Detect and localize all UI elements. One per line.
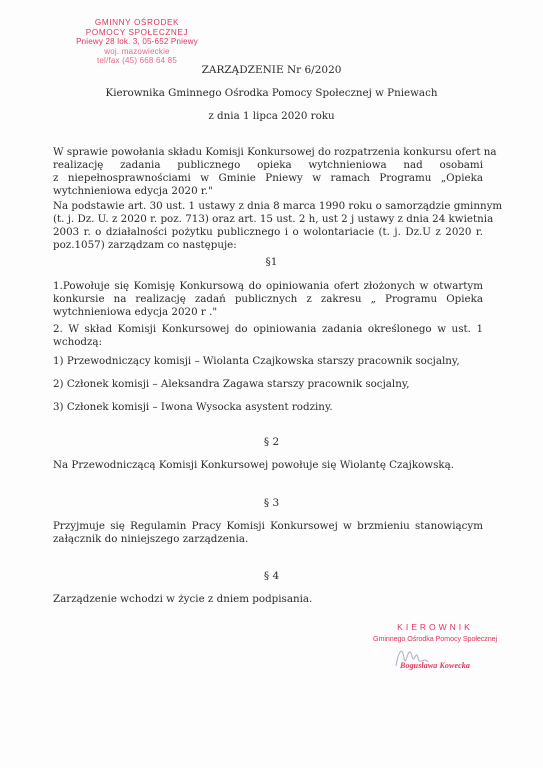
stamp-line: Pniewy 28 lok. 3, 05-652 Pniewy [62,37,212,47]
committee-member: 3) Członek komisji – Iwona Wysocka asyst… [53,401,333,413]
text-line: konkursie na realizację zadań publicznyc… [53,293,483,306]
text-line: (t. j. Dz. U. z 2020 r. poz. 713) oraz a… [53,213,483,226]
text-line: wytchnieniowa edycja 2020 r." [53,185,483,198]
legal-basis-paragraph: Na podstawie art. 30 ust. 1 ustawy z dni… [53,200,483,252]
section-heading-1: §1 [0,256,543,268]
text-line: 2. W skład Komisji Konkursowej do opinio… [53,323,483,336]
subject-paragraph: W sprawie powołania składu Komisji Konku… [53,146,483,198]
stamp-line: woj. mazowieckie [62,47,212,57]
text-line: 1.Powołuje się Komisję Konkursową do opi… [53,280,483,293]
document-issuer: Kierownika Gminnego Ośrodka Pomocy Społe… [0,87,543,99]
text-line: W sprawie powołania składu Komisji Konku… [53,146,483,159]
text-line: załącznik do niniejszego zarządzenia. [53,533,483,546]
signature-org: Gminnego Ośrodka Pomocy Społecznej [345,634,525,643]
signature-stamp: KIEROWNIK Gminnego Ośrodka Pomocy Społec… [345,622,525,670]
section-heading-3: § 3 [0,497,543,509]
text-line: poz.1057) zarządzam co następuje: [53,239,483,252]
committee-member: 1) Przewodniczący komisji – Wiolanta Cza… [53,355,460,367]
stamp-line: GMINNY OŚRODEK [62,18,212,28]
text-line: realizację zadania publicznego opieka wy… [53,159,483,172]
text-line: Na podstawie art. 30 ust. 1 ustawy z dni… [53,200,483,213]
signature-title: KIEROWNIK [345,622,525,632]
section2-text: Na Przewodniczącą Komisji Konkursowej po… [53,459,454,471]
text-line: wytchnieniowa edycja 2020 r ." [53,306,483,319]
stamp-line: POMOCY SPOŁECZNEJ [62,28,212,38]
section1-point2: 2. W skład Komisji Konkursowej do opinio… [53,323,483,349]
section1-point1: 1.Powołuje się Komisję Konkursową do opi… [53,280,483,319]
document-title: ZARZĄDZENIE Nr 6/2020 [0,64,543,76]
document-page: GMINNY OŚRODEK POMOCY SPOŁECZNEJ Pniewy … [0,0,543,768]
committee-member: 2) Członek komisji – Aleksandra Zagawa s… [53,378,410,390]
document-date: z dnia 1 lipca 2020 roku [0,110,543,122]
text-line: z niepełnosprawnościami w Gminie Pniewy … [53,172,483,185]
section-heading-2: § 2 [0,436,543,448]
signature-name: Bogusława Kowecka [345,661,525,670]
section3-paragraph: Przyjmuje się Regulamin Pracy Komisji Ko… [53,520,483,546]
organization-stamp: GMINNY OŚRODEK POMOCY SPOŁECZNEJ Pniewy … [62,18,212,66]
section4-text: Zarządzenie wchodzi w życie z dniem podp… [53,593,312,605]
text-line: Przyjmuje się Regulamin Pracy Komisji Ko… [53,520,483,533]
section-heading-4: § 4 [0,570,543,582]
text-line: wchodzą: [53,336,483,349]
text-line: 2003 r. o działalności pożytku publiczne… [53,226,483,239]
